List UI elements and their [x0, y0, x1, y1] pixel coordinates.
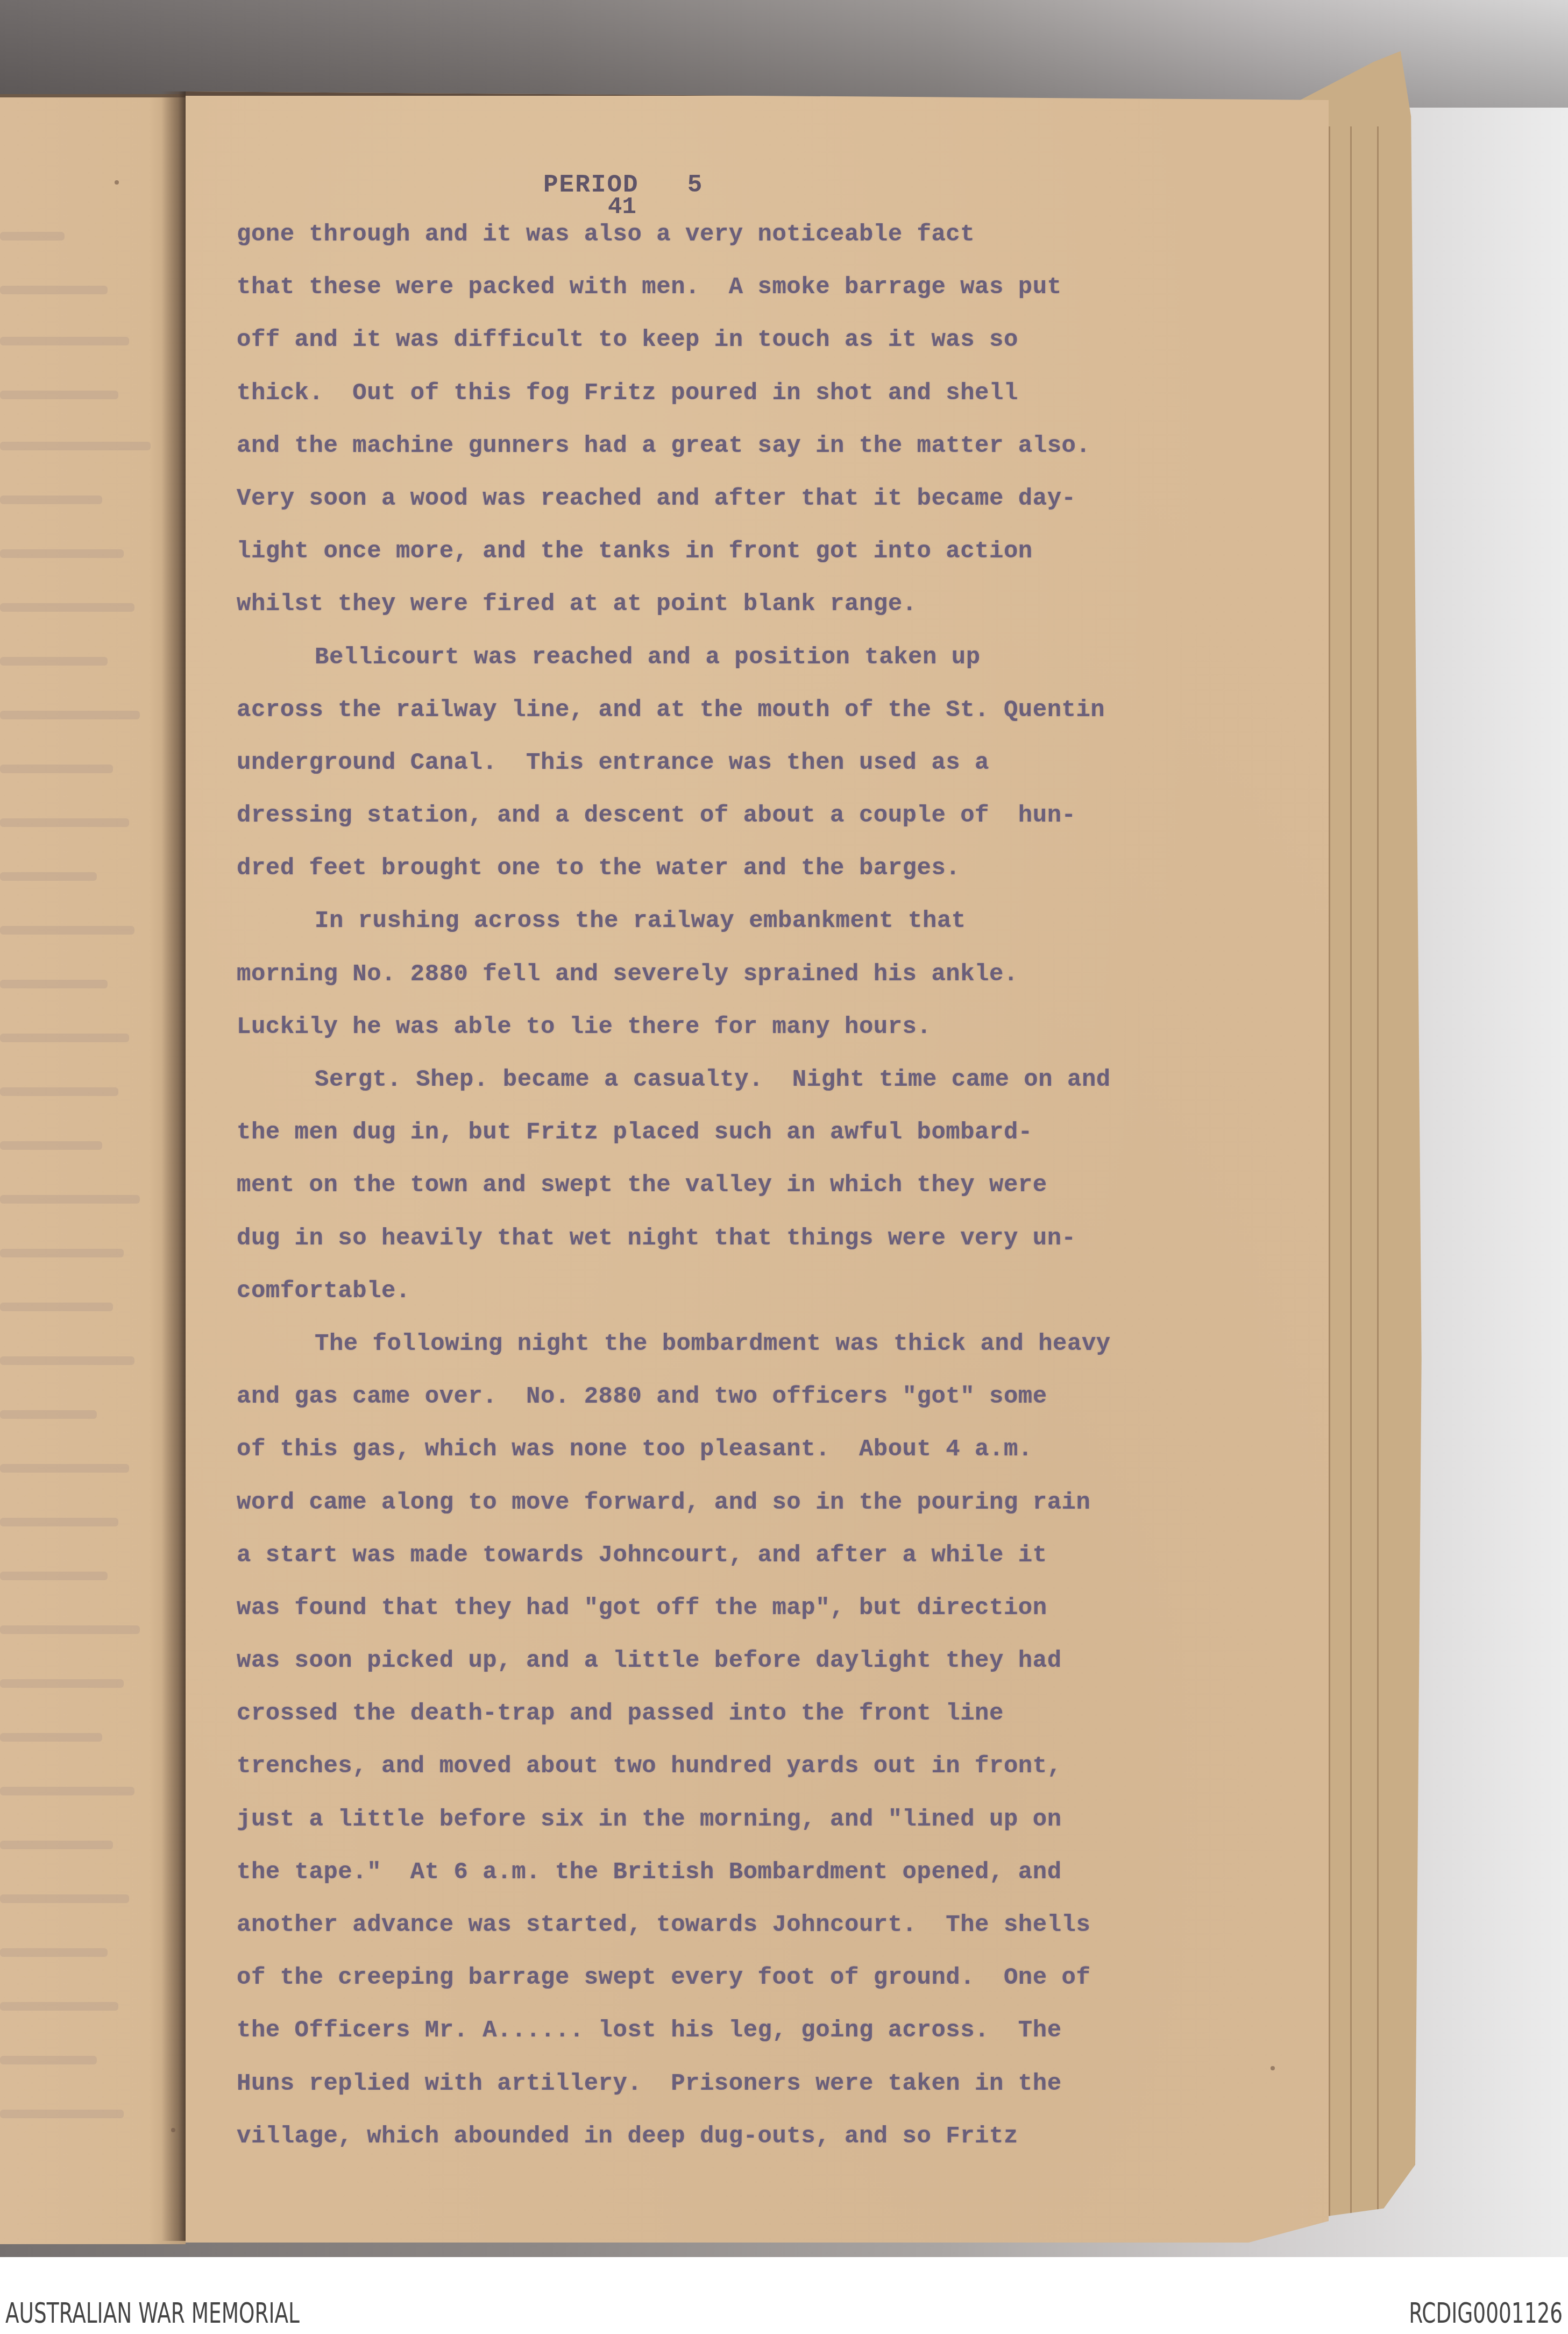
text-line: a start was made towards Johncourt, and … [237, 1539, 1259, 1592]
text-line: gone through and it was also a very noti… [237, 218, 1259, 271]
text-line: the Officers Mr. A...... lost his leg, g… [237, 2014, 1259, 2067]
page-number: 41 [608, 194, 636, 221]
text-line: morning No. 2880 fell and severely sprai… [237, 958, 1259, 1010]
text-line: trenches, and moved about two hundred ya… [237, 1750, 1259, 1802]
record-id: RCDIG0001126 [1409, 2297, 1563, 2330]
period-number: 5 [687, 171, 704, 199]
paragraph-start-line: Bellicourt was reached and a position ta… [237, 641, 1259, 694]
book-gutter [161, 91, 186, 2241]
paragraph-start-line: Sergt. Shep. became a casualty. Night ti… [237, 1063, 1259, 1116]
text-line: and gas came over. No. 2880 and two offi… [237, 1380, 1259, 1433]
page-edge-line [1329, 126, 1330, 2225]
text-line: thick. Out of this fog Fritz poured in s… [237, 377, 1259, 429]
text-line: underground Canal. This entrance was the… [237, 746, 1259, 799]
institution-label: AUSTRALIAN WAR MEMORIAL [5, 2297, 300, 2330]
text-line: Very soon a wood was reached and after t… [237, 482, 1259, 535]
text-line: word came along to move forward, and so … [237, 1486, 1259, 1539]
page-edge-line [1350, 126, 1352, 2225]
text-line: the men dug in, but Fritz placed such an… [237, 1116, 1259, 1169]
left-page [0, 94, 186, 2244]
paper-speck [171, 2128, 175, 2132]
paper-speck [1271, 2066, 1275, 2070]
text-line: dred feet brought one to the water and t… [237, 852, 1259, 904]
page-edge-line [1377, 126, 1379, 2225]
text-line: across the railway line, and at the mout… [237, 694, 1259, 746]
text-line: another advance was started, towards Joh… [237, 1908, 1259, 1961]
left-page-bleed-through [0, 97, 178, 2244]
text-line: dressing station, and a descent of about… [237, 799, 1259, 852]
text-line: village, which abounded in deep dug-outs… [237, 2120, 1259, 2173]
text-line: dug in so heavily that wet night that th… [237, 1222, 1259, 1275]
paragraph-start-line: In rushing across the railway embankment… [237, 904, 1259, 957]
text-line: ment on the town and swept the valley in… [237, 1169, 1259, 1221]
text-line: crossed the death-trap and passed into t… [237, 1697, 1259, 1750]
text-line: comfortable. [237, 1275, 1259, 1327]
text-line: just a little before six in the morning,… [237, 1803, 1259, 1856]
text-line: Huns replied with artillery. Prisoners w… [237, 2067, 1259, 2120]
paragraph-start-line: The following night the bombardment was … [237, 1327, 1259, 1380]
text-line: that these were packed with men. A smoke… [237, 271, 1259, 323]
text-line: light once more, and the tanks in front … [237, 535, 1259, 588]
text-line: of this gas, which was none too pleasant… [237, 1433, 1259, 1486]
text-line: the tape." At 6 a.m. the British Bombard… [237, 1856, 1259, 1908]
text-line: off and it was difficult to keep in touc… [237, 323, 1259, 376]
text-line: was soon picked up, and a little before … [237, 1644, 1259, 1697]
text-line: and the machine gunners had a great say … [237, 429, 1259, 482]
paper-speck [115, 180, 119, 185]
typewritten-body: gone through and it was also a very noti… [237, 218, 1259, 2173]
text-line: was found that they had "got off the map… [237, 1592, 1259, 1644]
footer-bar: AUSTRALIAN WAR MEMORIAL RCDIG0001126 [0, 2257, 1568, 2334]
text-line: of the creeping barrage swept every foot… [237, 1961, 1259, 2014]
text-line: whilst they were fired at at point blank… [237, 588, 1259, 640]
text-line: Luckily he was able to lie there for man… [237, 1010, 1259, 1063]
